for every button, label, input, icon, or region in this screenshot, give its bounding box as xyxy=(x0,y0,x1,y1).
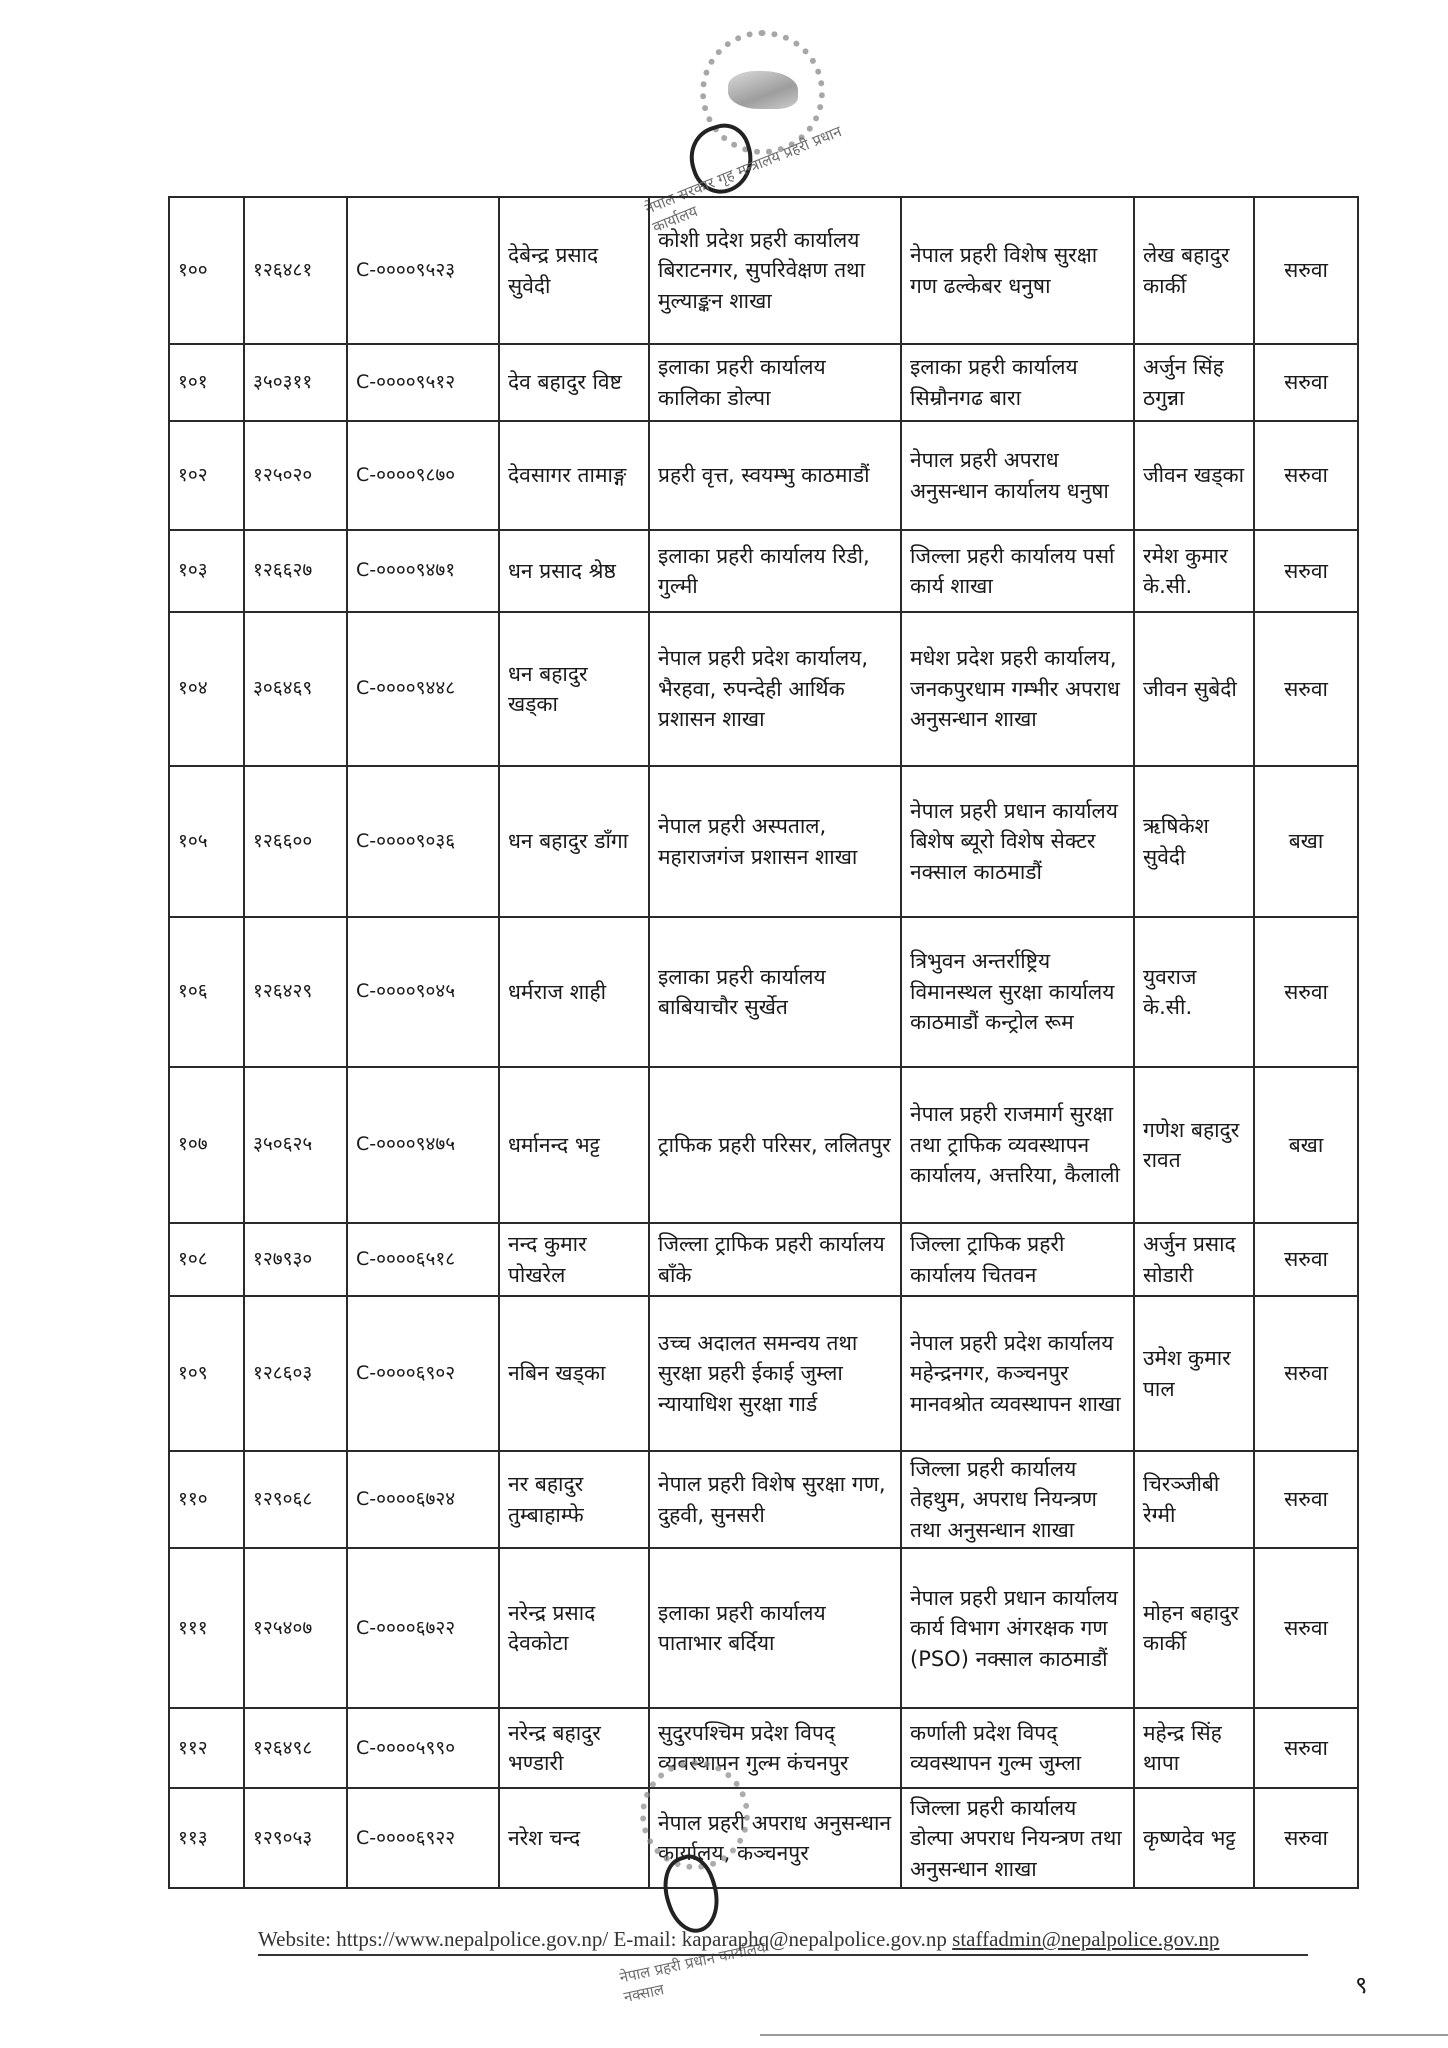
personnel-code: C-००००९५१२ xyxy=(347,344,499,421)
police-id: १२७९३० xyxy=(244,1223,347,1296)
personnel-code: C-००००६९२२ xyxy=(347,1788,499,1888)
employee-name: नबिन खड्का xyxy=(499,1296,649,1451)
transfer-office: नेपाल प्रहरी प्रदेश कार्यालय महेन्द्रनगर… xyxy=(901,1296,1134,1451)
current-office: इलाका प्रहरी कार्यालय बाबियाचौर सुर्खेत xyxy=(649,917,901,1067)
transfer-office: त्रिभुवन अन्तर्राष्ट्रिय विमानस्थल सुरक्… xyxy=(901,917,1134,1067)
table-row: १०४ ३०६४६९ C-००००९४४८ धन बहादुर खड्का ने… xyxy=(169,612,1358,766)
employee-name: नन्द कुमार पोखरेल xyxy=(499,1223,649,1296)
transfer-office: जिल्ला प्रहरी कार्यालय तेहथुम, अपराध निय… xyxy=(901,1451,1134,1548)
personnel-code: C-००००९०३६ xyxy=(347,766,499,917)
replacement-name: लेख बहादुर कार्की xyxy=(1134,197,1254,344)
serial-number: १०५ xyxy=(169,766,244,917)
current-office: इलाका प्रहरी कार्यालय कालिका डोल्पा xyxy=(649,344,901,421)
police-id: १२५४०७ xyxy=(244,1548,347,1708)
status-cell: सरुवा xyxy=(1254,197,1358,344)
police-id: १२९०५३ xyxy=(244,1788,347,1888)
personnel-code: C-००००६७२४ xyxy=(347,1451,499,1548)
status-cell: सरुवा xyxy=(1254,1451,1358,1548)
replacement-name: अर्जुन सिंह ठगुन्ना xyxy=(1134,344,1254,421)
replacement-name: चिरञ्जीबी रेग्मी xyxy=(1134,1451,1254,1548)
transfer-office: मधेश प्रदेश प्रहरी कार्यालय, जनकपुरधाम ग… xyxy=(901,612,1134,766)
police-id: १२६४२९ xyxy=(244,917,347,1067)
table-row: १०१ ३५०३११ C-००००९५१२ देव बहादुर विष्ट इ… xyxy=(169,344,1358,421)
status-cell: सरुवा xyxy=(1254,1296,1358,1451)
replacement-name: महेन्द्र सिंह थापा xyxy=(1134,1708,1254,1788)
transfer-office: नेपाल प्रहरी प्रधान कार्यालय बिशेष ब्यूर… xyxy=(901,766,1134,917)
personnel-code: C-००००९४७५ xyxy=(347,1067,499,1223)
replacement-name: जीवन खड्का xyxy=(1134,421,1254,530)
personnel-code: C-००००६५१८ xyxy=(347,1223,499,1296)
table-row: ११० १२९०६८ C-००००६७२४ नर बहादुर तुम्बाहा… xyxy=(169,1451,1358,1548)
replacement-name: उमेश कुमार पाल xyxy=(1134,1296,1254,1451)
current-office: इलाका प्रहरी कार्यालय पाताभार बर्दिया xyxy=(649,1548,901,1708)
status-cell: सरुवा xyxy=(1254,1708,1358,1788)
personnel-code: C-००००९४७१ xyxy=(347,530,499,612)
status-cell: सरुवा xyxy=(1254,917,1358,1067)
current-office: प्रहरी वृत्त, स्वयम्भु काठमाडौं xyxy=(649,421,901,530)
status-cell: सरुवा xyxy=(1254,612,1358,766)
personnel-code: C-००००६९०२ xyxy=(347,1296,499,1451)
serial-number: १०९ xyxy=(169,1296,244,1451)
page-number: ९ xyxy=(1355,1968,1367,2001)
footer-contact: Website: https://www.nepalpolice.gov.np/… xyxy=(258,1927,1308,1956)
email-label: E-mail: xyxy=(613,1927,676,1951)
replacement-name: जीवन सुबेदी xyxy=(1134,612,1254,766)
current-office: नेपाल प्रहरी विशेष सुरक्षा गण, दुहवी, सु… xyxy=(649,1451,901,1548)
current-office: कोशी प्रदेश प्रहरी कार्यालय बिराटनगर, सु… xyxy=(649,197,901,344)
replacement-name: गणेश बहादुर रावत xyxy=(1134,1067,1254,1223)
email-link-2[interactable]: staffadmin@nepalpolice.gov.np xyxy=(952,1927,1219,1951)
employee-name: देबेन्द्र प्रसाद सुवेदी xyxy=(499,197,649,344)
personnel-code: C-००००९४४८ xyxy=(347,612,499,766)
transfer-office: नेपाल प्रहरी अपराध अनुसन्धान कार्यालय धन… xyxy=(901,421,1134,530)
replacement-name: ऋषिकेश सुवेदी xyxy=(1134,766,1254,917)
personnel-code: C-००००९८७० xyxy=(347,421,499,530)
personnel-transfer-table: १०० १२६४८१ C-००००९५२३ देबेन्द्र प्रसाद स… xyxy=(168,196,1359,1889)
table-row: १०५ १२६६०० C-००००९०३६ धन बहादुर डाँगा ने… xyxy=(169,766,1358,917)
employee-name: नरेन्द्र बहादुर भण्डारी xyxy=(499,1708,649,1788)
employee-name: नरेन्द्र प्रसाद देवकोटा xyxy=(499,1548,649,1708)
personnel-code: C-००००६७२२ xyxy=(347,1548,499,1708)
transfer-office: जिल्ला प्रहरी कार्यालय पर्सा कार्य शाखा xyxy=(901,530,1134,612)
serial-number: ११० xyxy=(169,1451,244,1548)
current-office: नेपाल प्रहरी प्रदेश कार्यालय, भैरहवा, रु… xyxy=(649,612,901,766)
status-cell: बखा xyxy=(1254,1067,1358,1223)
serial-number: १०० xyxy=(169,197,244,344)
bottom-divider xyxy=(760,2034,1448,2036)
personnel-code: C-००००५९९० xyxy=(347,1708,499,1788)
table-row: १०६ १२६४२९ C-००००९०४५ धर्मराज शाही इलाका… xyxy=(169,917,1358,1067)
serial-number: १०१ xyxy=(169,344,244,421)
police-id: १२६४९८ xyxy=(244,1708,347,1788)
employee-name: नर बहादुर तुम्बाहाम्फे xyxy=(499,1451,649,1548)
table-row: १०३ १२६६२७ C-००००९४७१ धन प्रसाद श्रेष्ठ … xyxy=(169,530,1358,612)
office-seal-bottom xyxy=(640,1760,750,1870)
police-id: ३५०६२५ xyxy=(244,1067,347,1223)
table-row: १०८ १२७९३० C-००००६५१८ नन्द कुमार पोखरेल … xyxy=(169,1223,1358,1296)
replacement-name: मोहन बहादुर कार्की xyxy=(1134,1548,1254,1708)
police-id: ३५०३११ xyxy=(244,344,347,421)
table-row: १०० १२६४८१ C-००००९५२३ देबेन्द्र प्रसाद स… xyxy=(169,197,1358,344)
status-cell: सरुवा xyxy=(1254,421,1358,530)
replacement-name: अर्जुन प्रसाद सोडारी xyxy=(1134,1223,1254,1296)
serial-number: ११३ xyxy=(169,1788,244,1888)
status-cell: सरुवा xyxy=(1254,530,1358,612)
serial-number: ११२ xyxy=(169,1708,244,1788)
transfer-office: नेपाल प्रहरी विशेष सुरक्षा गण ढल्केबर धन… xyxy=(901,197,1134,344)
transfer-office: नेपाल प्रहरी प्रधान कार्यालय कार्य विभाग… xyxy=(901,1548,1134,1708)
serial-number: १०६ xyxy=(169,917,244,1067)
police-id: ३०६४६९ xyxy=(244,612,347,766)
current-office: इलाका प्रहरी कार्यालय रिडी, गुल्मी xyxy=(649,530,901,612)
transfer-office: जिल्ला प्रहरी कार्यालय डोल्पा अपराध नियन… xyxy=(901,1788,1134,1888)
transfer-office: इलाका प्रहरी कार्यालय सिम्रौनगढ बारा xyxy=(901,344,1134,421)
website-link[interactable]: https://www.nepalpolice.gov.np/ xyxy=(336,1927,608,1951)
serial-number: १०४ xyxy=(169,612,244,766)
table-row: १०७ ३५०६२५ C-००००९४७५ धर्मानन्द भट्ट ट्र… xyxy=(169,1067,1358,1223)
current-office: ट्राफिक प्रहरी परिसर, ललितपुर xyxy=(649,1067,901,1223)
serial-number: १०२ xyxy=(169,421,244,530)
police-id: १२६४८१ xyxy=(244,197,347,344)
table-row: १११ १२५४०७ C-००००६७२२ नरेन्द्र प्रसाद दे… xyxy=(169,1548,1358,1708)
status-cell: बखा xyxy=(1254,766,1358,917)
replacement-name: कृष्णदेव भट्ट xyxy=(1134,1788,1254,1888)
status-cell: सरुवा xyxy=(1254,1548,1358,1708)
police-id: १२८६०३ xyxy=(244,1296,347,1451)
table-row: १०९ १२८६०३ C-००००६९०२ नबिन खड्का उच्च अद… xyxy=(169,1296,1358,1451)
table-row: ११२ १२६४९८ C-००००५९९० नरेन्द्र बहादुर भण… xyxy=(169,1708,1358,1788)
replacement-name: युवराज के.सी. xyxy=(1134,917,1254,1067)
police-id: १२६६०० xyxy=(244,766,347,917)
status-cell: सरुवा xyxy=(1254,1788,1358,1888)
police-id: १२६६२७ xyxy=(244,530,347,612)
employee-name: धर्मराज शाही xyxy=(499,917,649,1067)
current-office: जिल्ला ट्राफिक प्रहरी कार्यालय बाँके xyxy=(649,1223,901,1296)
employee-name: धन प्रसाद श्रेष्ठ xyxy=(499,530,649,612)
status-cell: सरुवा xyxy=(1254,1223,1358,1296)
serial-number: १०७ xyxy=(169,1067,244,1223)
current-office: उच्च अदालत समन्वय तथा सुरक्षा प्रहरी ईका… xyxy=(649,1296,901,1451)
transfer-office: नेपाल प्रहरी राजमार्ग सुरक्षा तथा ट्राफि… xyxy=(901,1067,1134,1223)
employee-name: धर्मानन्द भट्ट xyxy=(499,1067,649,1223)
police-id: १२५०२० xyxy=(244,421,347,530)
email-link-1[interactable]: kaparaphq@nepalpolice.gov.np xyxy=(682,1927,947,1951)
serial-number: १०३ xyxy=(169,530,244,612)
table-row: १०२ १२५०२० C-००००९८७० देवसागर तामाङ्ग प्… xyxy=(169,421,1358,530)
transfer-office: जिल्ला ट्राफिक प्रहरी कार्यालय चितवन xyxy=(901,1223,1134,1296)
employee-name: देवसागर तामाङ्ग xyxy=(499,421,649,530)
replacement-name: रमेश कुमार के.सी. xyxy=(1134,530,1254,612)
status-cell: सरुवा xyxy=(1254,344,1358,421)
serial-number: १११ xyxy=(169,1548,244,1708)
employee-name: धन बहादुर डाँगा xyxy=(499,766,649,917)
personnel-code: C-००००९०४५ xyxy=(347,917,499,1067)
transfer-office: कर्णाली प्रदेश विपद् व्यवस्थापन गुल्म जु… xyxy=(901,1708,1134,1788)
employee-name: धन बहादुर खड्का xyxy=(499,612,649,766)
serial-number: १०८ xyxy=(169,1223,244,1296)
website-label: Website: xyxy=(258,1927,331,1951)
employee-name: नरेश चन्द xyxy=(499,1788,649,1888)
employee-name: देव बहादुर विष्ट xyxy=(499,344,649,421)
police-id: १२९०६८ xyxy=(244,1451,347,1548)
table-row: ११३ १२९०५३ C-००००६९२२ नरेश चन्द नेपाल प्… xyxy=(169,1788,1358,1888)
current-office: नेपाल प्रहरी अस्पताल, महाराजगंज प्रशासन … xyxy=(649,766,901,917)
personnel-code: C-००००९५२३ xyxy=(347,197,499,344)
